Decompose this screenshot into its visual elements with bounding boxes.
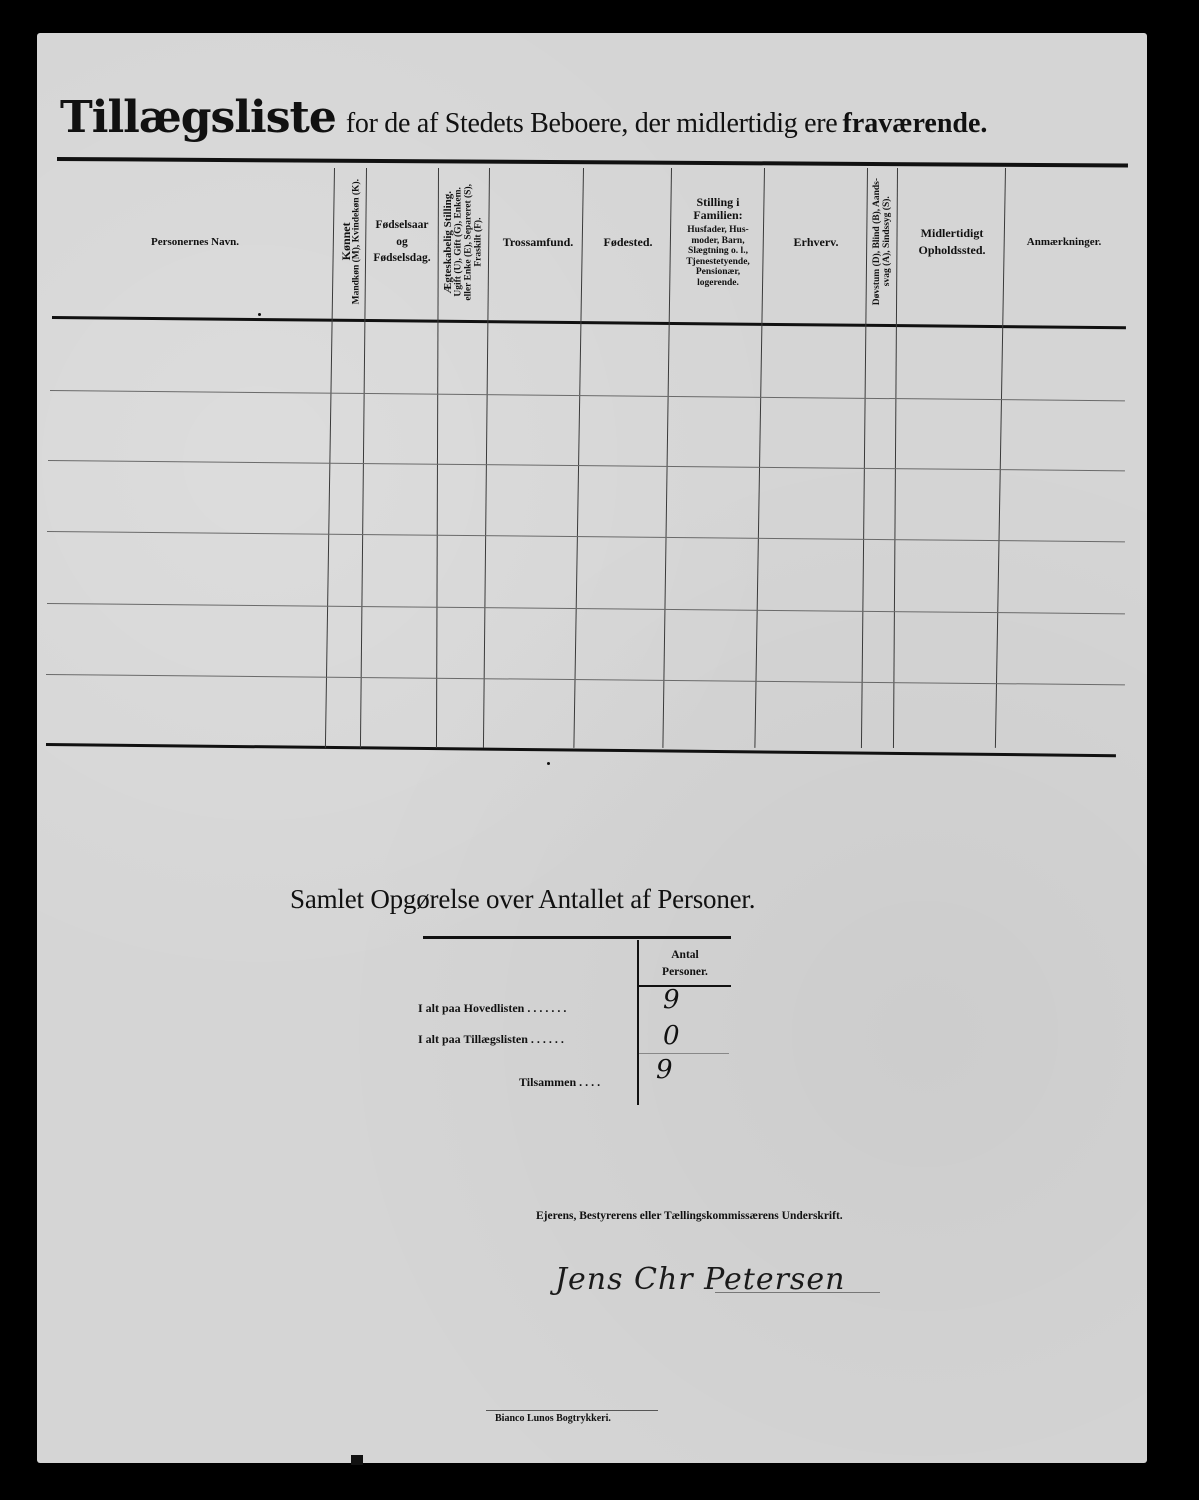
signature-caption: Ejerens, Bestyrerens eller Tællingskommi… xyxy=(536,1210,843,1222)
column-header-birthplace-label: Fødested. xyxy=(604,235,653,250)
form-title-subtitle: for de af Stedets Beboere, der midlertid… xyxy=(346,108,838,139)
form-title: Tillægslistefor de af Stedets Beboere, d… xyxy=(60,92,1110,152)
column-header-name-label: Personernes Navn. xyxy=(151,236,239,248)
column-header-family-line6: Tjenestetyende, xyxy=(686,257,750,267)
column-header-remarks-label: Anmærkninger. xyxy=(1027,236,1101,248)
form-title-emphasis: fraværende. xyxy=(843,108,988,139)
summary-title: Samlet Opgørelse over Antallet af Person… xyxy=(290,884,870,915)
column-header-family-line3: Husfader, Hus- xyxy=(687,225,748,235)
scan-artifact xyxy=(547,762,550,765)
summary-header-rule xyxy=(639,985,731,987)
column-header-sex-line2: Mandkøn (M), Kvindekøn (K). xyxy=(352,179,362,304)
column-header-birth-line3: Fødselsdag. xyxy=(373,250,430,267)
column-header-disability-line2: svag (A), Sindssyg (S). xyxy=(883,178,893,305)
column-header-family-line5: Slægtning o. l., xyxy=(688,246,748,256)
printer-imprint: Bianco Lunos Bogtrykkeri. xyxy=(495,1413,611,1424)
column-header-birth: Fødselsaar og Fødselsdag. xyxy=(366,168,438,316)
column-header-birthplace: Fødested. xyxy=(584,168,672,316)
column-header-family-line2: Familien: xyxy=(693,209,742,222)
column-header-family-position: Stilling i Familien: Husfader, Hus- mode… xyxy=(672,168,764,316)
column-header-marital: Ægteskabelig Stilling. Ugift (U), Gift (… xyxy=(438,168,490,316)
column-header-name: Personernes Navn. xyxy=(55,168,335,316)
column-header-family-line7: Pensionær, xyxy=(696,267,740,277)
column-header-disability: Døvstum (D), Blind (B), Aands- svag (A),… xyxy=(868,168,898,316)
summary-label-main-list: I alt paa Hovedlisten . . . . . . . xyxy=(418,1001,566,1016)
printer-rule xyxy=(486,1410,658,1411)
scan-artifact xyxy=(258,313,261,316)
column-header-sex-line1: Kønnet xyxy=(340,179,353,304)
scan-artifact xyxy=(351,1455,363,1465)
column-header-temp-residence: Midlertidigt Opholdssted. xyxy=(898,168,1006,316)
column-header-sex: Kønnet Mandkøn (M), Kvindekøn (K). xyxy=(336,168,366,316)
column-header-religion: Trossamfund. xyxy=(492,168,584,316)
summary-value-supplement-list: 0 xyxy=(663,1021,680,1051)
summary-value-main-list: 9 xyxy=(663,985,680,1015)
column-header-birth-line1: Fødselsaar xyxy=(375,217,428,234)
column-header-birth-line2: og xyxy=(396,234,408,251)
column-header-occupation-label: Erhverv. xyxy=(794,235,839,250)
summary-column-header-line2: Personer. xyxy=(640,964,730,981)
signature-underline-flourish xyxy=(715,1292,880,1293)
summary-column-header-line1: Antal xyxy=(640,947,730,964)
summary-total-rule xyxy=(639,1053,729,1054)
column-header-temp-residence-line2: Opholdssted. xyxy=(918,242,985,259)
column-header-occupation: Erhverv. xyxy=(764,168,868,316)
summary-label-total: Tilsammen . . . . xyxy=(519,1075,600,1090)
summary-label-supplement-list: I alt paa Tillægslisten . . . . . . xyxy=(418,1032,564,1047)
summary-divider xyxy=(637,940,639,1105)
column-header-remarks: Anmærkninger. xyxy=(1006,168,1122,316)
column-header-family-line8: logerende. xyxy=(697,278,739,288)
column-header-religion-label: Trossamfund. xyxy=(503,235,574,250)
form-title-main: Tillægsliste xyxy=(60,92,336,143)
summary-top-rule xyxy=(423,936,731,939)
column-header-temp-residence-line1: Midlertidigt xyxy=(921,225,984,242)
column-header-family-line4: moder, Barn, xyxy=(691,236,744,246)
column-header-marital-line4: Fraskilt (F). xyxy=(475,184,485,301)
summary-column-header: Antal Personer. xyxy=(640,947,730,980)
summary-value-total: 9 xyxy=(656,1055,673,1085)
